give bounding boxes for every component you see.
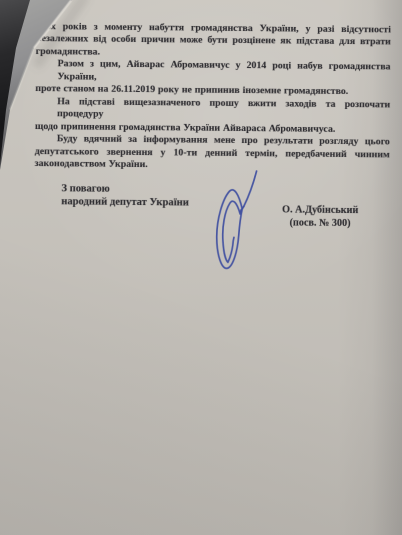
signoff-block: З повагою народний депутат України [61, 182, 189, 210]
signature-ink [208, 165, 265, 278]
signer-name: О. А.Дубінський [272, 203, 368, 217]
body-text: двох років з моменту набуття громадянств… [35, 21, 391, 174]
body-line: На підставі вищезазначеного прошу вжити … [35, 96, 390, 124]
signoff-title: народний депутат України [61, 196, 189, 211]
letter-content: двох років з моменту набуття громадянств… [0, 0, 402, 535]
body-line: Разом з цим, Айварас Абромавичус у 2014 … [35, 58, 390, 86]
signoff-closing: З повагою [61, 182, 189, 197]
signer-name-block: О. А.Дубінський (посв. № 300) [272, 203, 368, 230]
signer-credential: (посв. № 300) [272, 216, 368, 230]
document-photo: двох років з моменту набуття громадянств… [0, 0, 402, 535]
